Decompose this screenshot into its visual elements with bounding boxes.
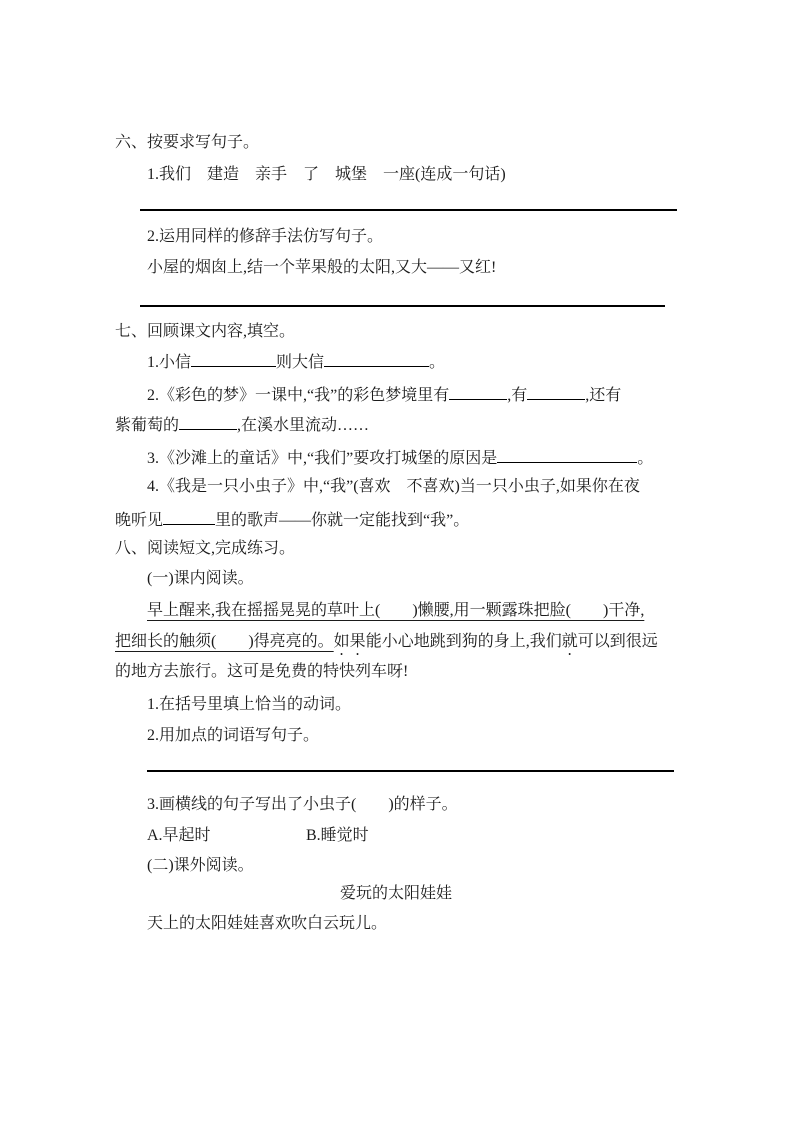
section-7-question-2-line-1: 2.《彩色的梦》一课中,“我”的彩色梦境里有,有,还有 bbox=[115, 384, 709, 406]
question-text: 1.小信 bbox=[147, 354, 191, 371]
option-a: A.早起时 bbox=[147, 827, 211, 844]
question-text: ,还有 bbox=[585, 387, 621, 404]
question-text: ,在溪水里流动…… bbox=[237, 417, 369, 434]
passage-text: 可以到很远 bbox=[578, 633, 658, 650]
question-text: ,有 bbox=[507, 387, 527, 404]
answer-rule-2 bbox=[140, 305, 665, 307]
emphasized-word: 如果 bbox=[334, 633, 366, 650]
section-7-question-1: 1.小信则大信。 bbox=[115, 351, 709, 373]
worksheet-page: 六、按要求写句子。 1.我们 建造 亲手 了 城堡 一座(连成一句话) 2.运用… bbox=[0, 0, 793, 1122]
passage-line-2: 把细长的触须( )得亮亮的。如果能小心地跳到狗的身上,我们就可以到很远 bbox=[115, 632, 677, 659]
answer-blank bbox=[527, 384, 585, 400]
question-text: 紫葡萄的 bbox=[115, 417, 179, 434]
passage-line-1: 早上醒来,我在摇摇晃晃的草叶上( )懒腰,用一颗露珠把脸( )干净, bbox=[115, 601, 709, 621]
section-8-question-3: 3.画横线的句子写出了小虫子( )的样子。 bbox=[115, 795, 709, 815]
passage-line-3: 的地方去旅行。这可是免费的特快列车呀! bbox=[115, 662, 677, 682]
section-6-heading: 六、按要求写句子。 bbox=[115, 133, 677, 153]
question-text: 。 bbox=[637, 450, 653, 467]
answer-blank bbox=[324, 351, 429, 367]
section-8-question-3-options: A.早起时B.睡觉时 bbox=[115, 826, 709, 846]
section-8-question-2: 2.用加点的词语写句子。 bbox=[115, 726, 709, 746]
passage-text: 能小心地跳到狗的身上,我们 bbox=[366, 633, 562, 650]
answer-blank bbox=[497, 447, 637, 463]
option-b: B.睡觉时 bbox=[306, 826, 369, 846]
section-6-question-1: 1.我们 建造 亲手 了 城堡 一座(连成一句话) bbox=[115, 165, 709, 185]
reading-passage-title: 爱玩的太阳娃娃 bbox=[115, 884, 677, 904]
section-7-question-4-line-1: 4.《我是一只小虫子》中,“我”(喜欢 不喜欢)当一只小虫子,如果你在夜 bbox=[115, 477, 709, 497]
section-7-heading: 七、回顾课文内容,填空。 bbox=[115, 322, 677, 342]
reading-passage-line-1: 天上的太阳娃娃喜欢吹白云玩儿。 bbox=[115, 914, 709, 934]
underlined-sentence: 把细长的触须( )得亮亮的。 bbox=[115, 633, 334, 650]
answer-blank bbox=[449, 384, 507, 400]
question-text: 。 bbox=[429, 354, 445, 371]
section-6-question-2-example: 小屋的烟囱上,结一个苹果般的太阳,又大——又红! bbox=[115, 258, 709, 278]
question-text: 则大信 bbox=[276, 354, 324, 371]
section-7-question-4-line-2: 晚听见里的歌声——你就一定能找到“我”。 bbox=[115, 509, 677, 531]
answer-rule-3 bbox=[147, 770, 674, 772]
answer-blank bbox=[163, 509, 215, 525]
section-8-heading: 八、阅读短文,完成练习。 bbox=[115, 539, 677, 559]
section-8-subsection-2: (二)课外阅读。 bbox=[115, 856, 709, 876]
question-text: 里的歌声——你就一定能找到“我”。 bbox=[215, 512, 469, 529]
question-text: 2.《彩色的梦》一课中,“我”的彩色梦境里有 bbox=[147, 387, 449, 404]
underlined-sentence: 早上醒来,我在摇摇晃晃的草叶上( )懒腰,用一颗露珠把脸( )干净, bbox=[147, 602, 644, 619]
emphasized-word: 就 bbox=[562, 633, 578, 650]
section-7-question-2-line-2: 紫葡萄的,在溪水里流动…… bbox=[115, 414, 677, 436]
section-6-question-2: 2.运用同样的修辞手法仿写句子。 bbox=[115, 227, 709, 247]
question-text: 晚听见 bbox=[115, 512, 163, 529]
answer-rule-1 bbox=[140, 209, 677, 211]
question-text: 3.《沙滩上的童话》中,“我们”要攻打城堡的原因是 bbox=[147, 450, 497, 467]
answer-blank bbox=[191, 351, 276, 367]
answer-blank bbox=[179, 414, 237, 430]
section-8-subsection-1: (一)课内阅读。 bbox=[115, 569, 709, 589]
section-7-question-3: 3.《沙滩上的童话》中,“我们”要攻打城堡的原因是。 bbox=[115, 447, 709, 469]
section-8-question-1: 1.在括号里填上恰当的动词。 bbox=[115, 695, 709, 715]
